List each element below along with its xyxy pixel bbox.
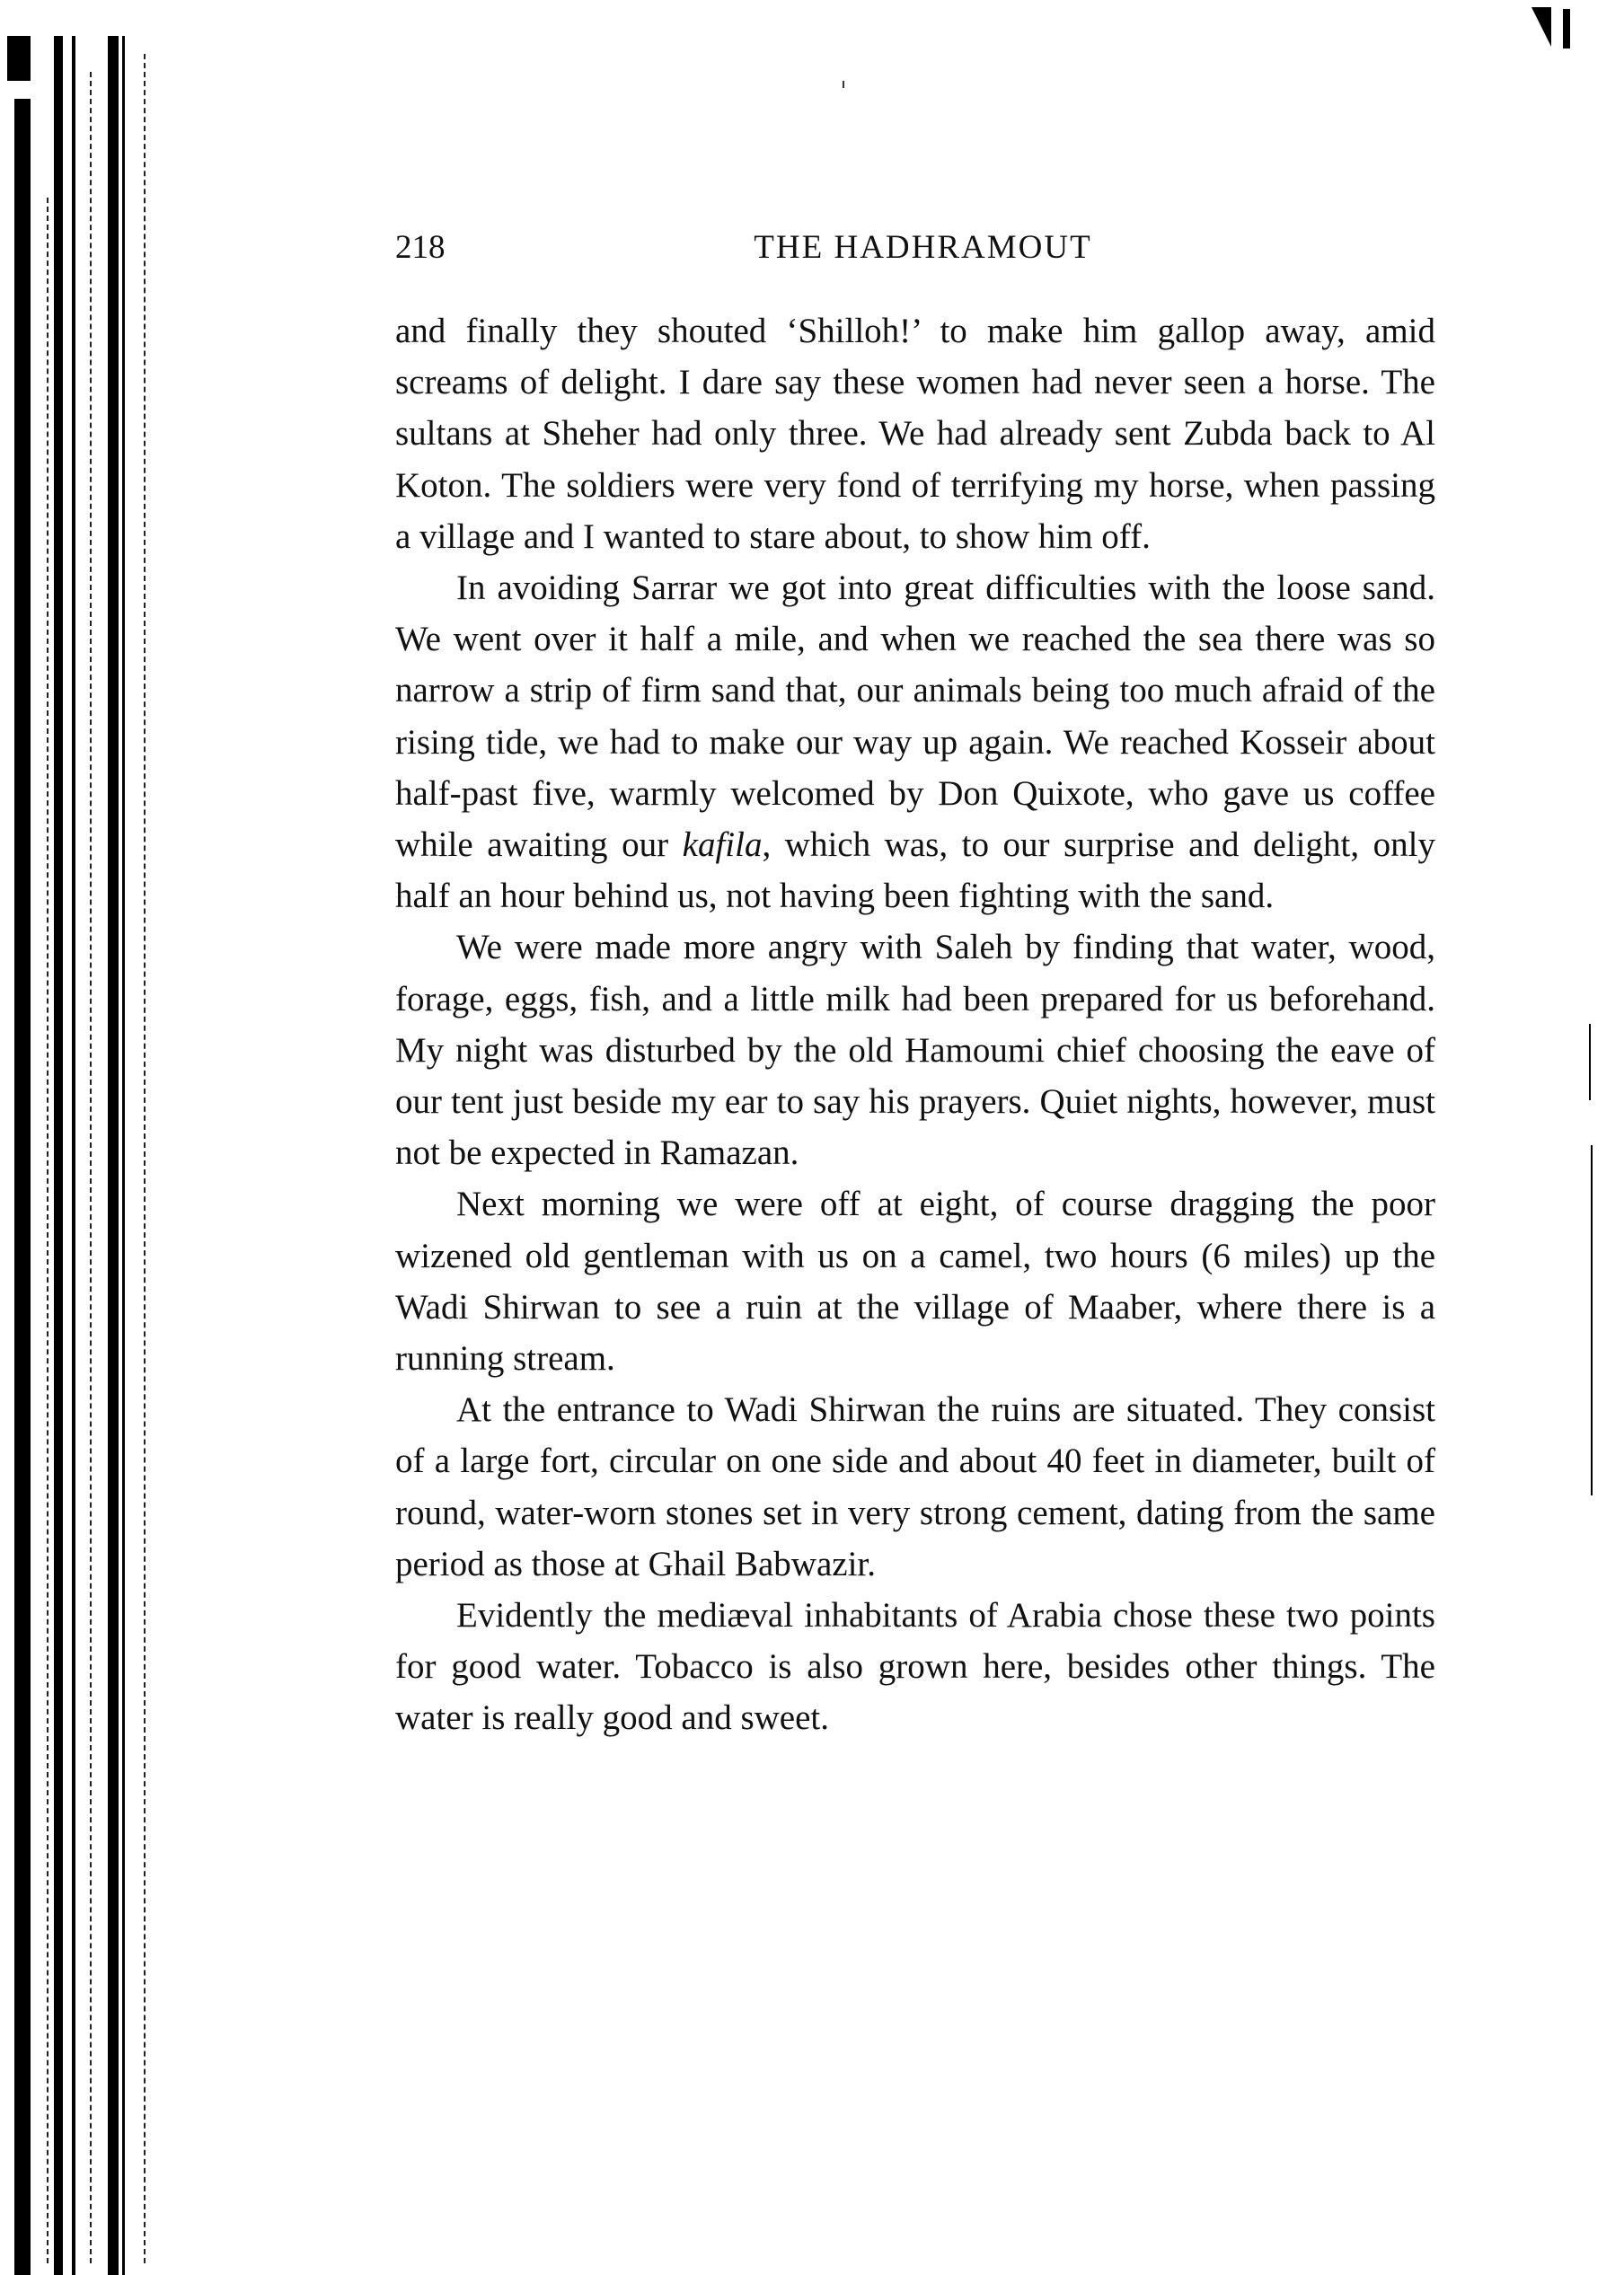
paragraph-5: At the entrance to Wadi Shirwan the ruin… (395, 1384, 1435, 1590)
page-header: 218 THE HADHRAMOUT (395, 228, 1433, 268)
paragraph-1: and finally they shouted ‘Shilloh!’ to m… (395, 305, 1435, 562)
binding-bar-3 (108, 36, 119, 2275)
body-text: and finally they shouted ‘Shilloh!’ to m… (395, 305, 1435, 1744)
scan-corner-mark (1531, 7, 1551, 47)
binding-bar-3b (122, 36, 125, 2275)
book-binding-edge (0, 0, 180, 2275)
paragraph-4: Next morning we were off at eight, of co… (395, 1178, 1435, 1384)
scan-corner-mark-bar (1563, 9, 1570, 48)
paragraph-2: In avoiding Sarrar we got into great dif… (395, 562, 1435, 921)
binding-top-cap (7, 36, 31, 81)
binding-bar-2 (54, 36, 63, 2275)
binding-dash-3 (144, 54, 146, 2263)
binding-dash-1 (47, 198, 49, 2263)
binding-bar-2b (72, 36, 75, 2275)
scan-edge-line-1 (1589, 1024, 1591, 1100)
scan-edge-line-2 (1591, 1145, 1593, 1495)
paragraph-6: Evidently the mediæval inhabitants of Ar… (395, 1590, 1435, 1744)
italic-word-kafila: kafila (683, 825, 763, 864)
paragraph-3: We were made more angry with Saleh by fi… (395, 921, 1435, 1178)
binding-dash-2 (90, 72, 92, 2263)
paragraph-2-text: In avoiding Sarrar we got into great dif… (395, 569, 1435, 864)
running-title: THE HADHRAMOUT (395, 228, 1433, 268)
binding-bar-1 (14, 99, 31, 2275)
scan-speck (843, 81, 844, 88)
